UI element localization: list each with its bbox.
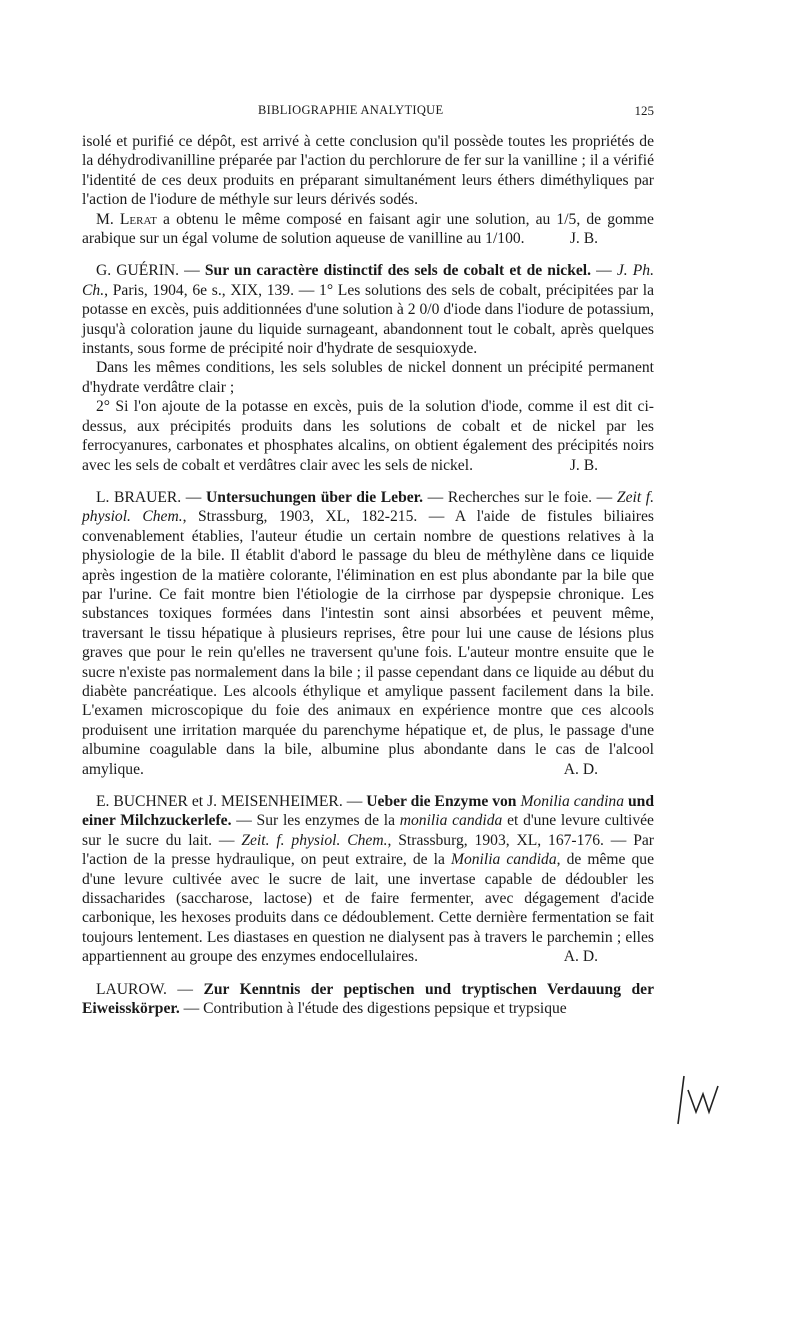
page-number: 125: [635, 103, 655, 119]
entry-author: L. BRAUER. —: [96, 489, 206, 506]
signature: J. B.: [556, 456, 598, 475]
paragraph: 2° Si l'on ajoute de la potasse en excès…: [82, 397, 654, 475]
bibliography-entry-laurow: LAUROW. — Zur Kenntnis der peptischen un…: [82, 980, 654, 1019]
bibliography-entry-brauer: L. BRAUER. — Untersuchungen über die Leb…: [82, 488, 654, 779]
entry-title: Untersuchungen über die Leber.: [206, 489, 423, 506]
entry-title: Ueber die Enzyme von: [366, 793, 520, 810]
bibliography-entry-guerin: G. GUÉRIN. — Sur un caractère distinctif…: [82, 261, 654, 358]
page-body: isolé et purifié ce dépôt, est arrivé à …: [82, 132, 654, 1018]
paragraph: isolé et purifié ce dépôt, est arrivé à …: [82, 132, 654, 210]
author-name: Lerat: [120, 211, 157, 228]
paragraph: M. Lerat a obtenu le même composé en fai…: [82, 210, 654, 249]
signature: J. B.: [556, 229, 598, 248]
page-header: BIBLIOGRAPHIE ANALYTIQUE 125: [82, 103, 654, 123]
entry-author: LAUROW. —: [96, 981, 203, 998]
bibliography-entry-buchner: E. BUCHNER et J. MEISENHEIMER. — Ueber d…: [82, 792, 654, 967]
paragraph: Dans les mêmes conditions, les sels solu…: [82, 358, 654, 397]
entry-title: Sur un caractère distinctif des sels de …: [205, 262, 591, 279]
entry-author: G. GUÉRIN. —: [96, 262, 205, 279]
running-title: BIBLIOGRAPHIE ANALYTIQUE: [258, 103, 443, 118]
signature: A. D.: [550, 760, 598, 779]
entry-author: E. BUCHNER et J. MEISENHEIMER. —: [96, 793, 366, 810]
signature: A. D.: [550, 947, 598, 966]
handwritten-margin-mark-icon: [676, 1072, 736, 1132]
journal-name: Zeit. f. physiol. Chem.: [241, 832, 387, 849]
